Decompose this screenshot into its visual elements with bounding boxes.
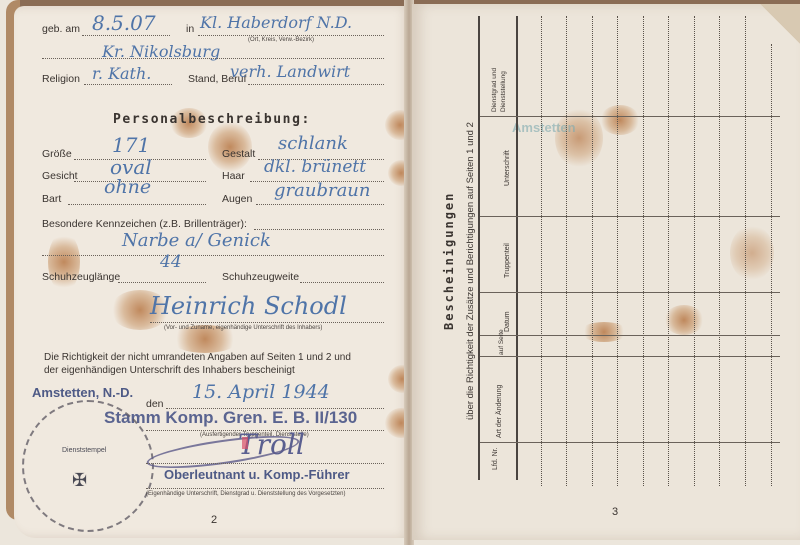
officer-caption: (Eigenhändige Unterschrift, Dienstgrad u… (146, 491, 345, 497)
dotted-line (146, 488, 384, 489)
column-separator (480, 116, 780, 117)
certification-text-line2: der eigenhändigen Unterschrift des Inhab… (44, 365, 295, 376)
row-guide (592, 16, 593, 486)
certificates-subtitle: über die Richtigkeit der Zusätze und Ber… (465, 122, 476, 420)
column-separator (480, 442, 780, 443)
dotted-line (68, 204, 206, 205)
col-header-page: auf Seite (488, 329, 507, 355)
dotted-line (198, 35, 384, 36)
column-separator (480, 356, 780, 357)
column-separator (480, 335, 780, 336)
religion-value: r. Kath. (92, 64, 151, 83)
religion-label: Religion (42, 73, 80, 85)
shoe-length-value: 44 (160, 252, 182, 272)
row-guide (694, 16, 695, 486)
hair-label: Haar (222, 170, 245, 182)
certificates-title: Bescheinigungen (442, 192, 456, 330)
certification-text-line1: Die Richtigkeit der nicht umrandeten Ang… (44, 352, 351, 363)
folded-corner (760, 4, 800, 44)
table-border-left (478, 16, 480, 480)
special-marks-value: Narbe a/ Genick (122, 230, 271, 251)
beard-value: ohne (104, 176, 151, 198)
dotted-line (84, 84, 172, 85)
table-header-divider (516, 16, 518, 480)
dotted-line (254, 229, 384, 230)
unit-stamp: Stamm Komp. Gren. E. B. II/130 (104, 408, 357, 428)
hair-value: dkl. brünett (264, 157, 366, 177)
dotted-line (256, 204, 384, 205)
row-guide (668, 16, 669, 486)
row-guide (617, 16, 618, 486)
certificates-subtitle-wrap: über die Richtigkeit der Zusätze und Ber… (458, 122, 477, 420)
status-value: verh. Landwirt (230, 62, 350, 81)
face-label: Gesicht (42, 170, 78, 182)
col-header-unit: Truppenteil (494, 243, 513, 278)
dotted-line (146, 463, 384, 464)
col-header-date: Datum (494, 311, 513, 332)
row-guide (643, 16, 644, 486)
build-label: Gestalt (222, 148, 255, 160)
officer-rank-stamp: Oberleutnant u. Komp.-Führer (164, 467, 350, 482)
column-separator (480, 216, 780, 217)
eyes-label: Augen (222, 193, 252, 205)
page-number-right: 3 (612, 506, 618, 518)
birthplace-label: in (186, 23, 194, 35)
col-header-no: Lfd. Nr. (482, 447, 501, 470)
special-marks-label: Besondere Kennzeichen (z.B. Brillenträge… (42, 218, 247, 230)
row-guide (541, 16, 542, 486)
row-guide (771, 44, 772, 486)
seal-label: Dienststempel (62, 447, 106, 454)
eyes-value: graubraun (274, 180, 371, 201)
beard-label: Bart (42, 193, 61, 205)
column-separator (480, 292, 780, 293)
stain (730, 225, 774, 281)
stain (600, 105, 640, 135)
height-value: 171 (112, 133, 150, 157)
place-stamp: Amstetten, N.-D. (32, 385, 133, 400)
eagle-icon: ✠ (72, 470, 87, 491)
description-title: Personalbeschreibung: (113, 112, 311, 127)
stain (208, 122, 252, 172)
stain (664, 305, 704, 335)
dotted-line (82, 35, 170, 36)
shoe-length-label: Schuhzeuglänge (42, 271, 120, 283)
date-value: 15. April 1944 (192, 381, 330, 403)
dotted-line (42, 255, 384, 256)
dotted-line (118, 282, 206, 283)
row-guide (719, 16, 720, 486)
page-number-left: 2 (211, 514, 217, 526)
dotted-line (42, 58, 384, 59)
official-seal (22, 400, 154, 532)
shoe-width-label: Schuhzeugweite (222, 271, 299, 283)
dotted-line (300, 282, 384, 283)
born-on-value: 8.5.07 (92, 11, 156, 35)
holder-signature: Heinrich Schodl (150, 292, 347, 320)
stain (555, 108, 603, 168)
dotted-line (248, 84, 384, 85)
col-header-change: Art der Änderung (486, 385, 505, 438)
dotted-line (150, 322, 384, 323)
height-label: Größe (42, 148, 72, 160)
row-guide (745, 16, 746, 486)
row-guide (566, 16, 567, 486)
birthplace-caption: (Ort, Kreis, Verw.-Bezirk) (248, 37, 314, 43)
stain (580, 322, 628, 342)
certificates-title-wrap: Bescheinigungen (438, 192, 457, 330)
birthplace-value: Kl. Haberdorf N.D. (200, 13, 352, 32)
col-header-rank: Dienstgrad und Dienststellung (490, 42, 509, 112)
build-value: schlank (278, 133, 348, 154)
red-mark (242, 437, 248, 449)
stain (48, 232, 80, 292)
born-on-label: geb. am (42, 23, 80, 35)
holder-signature-caption: (Vor- und Zuname, eigenhändige Unterschr… (164, 325, 322, 331)
col-header-signature: Unterschrift (494, 150, 513, 186)
